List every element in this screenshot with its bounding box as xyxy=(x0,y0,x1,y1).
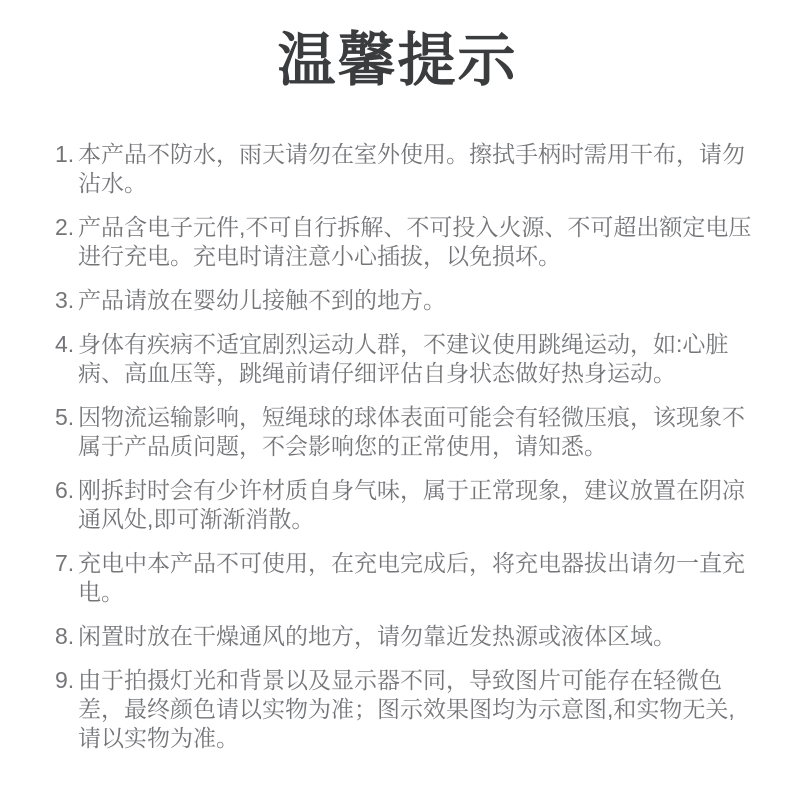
notice-line: 产品含电子元件,不可自行拆解、不可投入火源、不可超出额定电压 xyxy=(78,213,751,242)
notice-item: 2. 产品含电子元件,不可自行拆解、不可投入火源、不可超出额定电压 进行充电。充… xyxy=(55,213,740,271)
notice-line: 沾水。 xyxy=(78,169,745,198)
notice-line: 产品请放在婴幼儿接触不到的地方。 xyxy=(78,286,740,315)
notice-list: 1. 本产品不防水，雨天请勿在室外使用。擦拭手柄时需用干布，请勿 沾水。 2. … xyxy=(55,140,740,753)
notice-line: 充电中本产品不可使用，在充电完成后，将充电器拔出请勿一直充 xyxy=(78,549,745,578)
notice-item: 1. 本产品不防水，雨天请勿在室外使用。擦拭手柄时需用干布，请勿 沾水。 xyxy=(55,140,740,198)
notice-text: 充电中本产品不可使用，在充电完成后，将充电器拔出请勿一直充 电。 xyxy=(78,549,745,607)
notice-line: 身体有疾病不适宜剧烈运动人群，不建议使用跳绳运动，如:心脏 xyxy=(78,330,740,359)
notice-line: 属于产品质问题，不会影响您的正常使用，请知悉。 xyxy=(78,432,745,461)
notice-item: 9. 由于拍摄灯光和背景以及显示器不同，导致图片可能存在轻微色 差，最终颜色请以… xyxy=(55,666,740,753)
notice-item: 8. 闲置时放在干燥通风的地方，请勿靠近发热源或液体区域。 xyxy=(55,622,740,651)
notice-line: 电。 xyxy=(78,578,745,607)
notice-item: 6. 刚拆封时会有少许材质自身气味，属于正常现象，建议放置在阴凉 通风处,即可渐… xyxy=(55,476,740,534)
notice-number: 2. xyxy=(55,213,78,242)
notice-line: 通风处,即可渐渐消散。 xyxy=(78,505,745,534)
notice-number: 6. xyxy=(55,476,78,505)
notice-item: 5. 因物流运输影响，短绳球的球体表面可能会有轻微压痕，该现象不 属于产品质问题… xyxy=(55,403,740,461)
notice-number: 3. xyxy=(55,286,78,315)
notice-item: 3. 产品请放在婴幼儿接触不到的地方。 xyxy=(55,286,740,315)
notice-text: 因物流运输影响，短绳球的球体表面可能会有轻微压痕，该现象不 属于产品质问题，不会… xyxy=(78,403,745,461)
notice-item: 4. 身体有疾病不适宜剧烈运动人群，不建议使用跳绳运动，如:心脏 病、高血压等，… xyxy=(55,330,740,388)
notice-text: 产品含电子元件,不可自行拆解、不可投入火源、不可超出额定电压 进行充电。充电时请… xyxy=(78,213,751,271)
page-title: 温馨提示 xyxy=(55,30,740,92)
notice-number: 9. xyxy=(55,666,78,695)
warm-tips-page: 温馨提示 1. 本产品不防水，雨天请勿在室外使用。擦拭手柄时需用干布，请勿 沾水… xyxy=(0,0,790,788)
notice-line: 病、高血压等，跳绳前请仔细评估自身状态做好热身运动。 xyxy=(78,359,740,388)
notice-line: 由于拍摄灯光和背景以及显示器不同，导致图片可能存在轻微色 xyxy=(78,666,740,695)
notice-text: 由于拍摄灯光和背景以及显示器不同，导致图片可能存在轻微色 差，最终颜色请以实物为… xyxy=(78,666,740,753)
notice-line: 刚拆封时会有少许材质自身气味，属于正常现象，建议放置在阴凉 xyxy=(78,476,745,505)
notice-number: 4. xyxy=(55,330,78,359)
notice-number: 8. xyxy=(55,622,78,651)
notice-line: 请以实物为准。 xyxy=(78,724,740,753)
notice-line: 进行充电。充电时请注意小心插拔，以免损坏。 xyxy=(78,242,751,271)
notice-text: 本产品不防水，雨天请勿在室外使用。擦拭手柄时需用干布，请勿 沾水。 xyxy=(78,140,745,198)
notice-line: 本产品不防水，雨天请勿在室外使用。擦拭手柄时需用干布，请勿 xyxy=(78,140,745,169)
notice-text: 闲置时放在干燥通风的地方，请勿靠近发热源或液体区域。 xyxy=(78,622,740,651)
notice-text: 身体有疾病不适宜剧烈运动人群，不建议使用跳绳运动，如:心脏 病、高血压等，跳绳前… xyxy=(78,330,740,388)
notice-text: 刚拆封时会有少许材质自身气味，属于正常现象，建议放置在阴凉 通风处,即可渐渐消散… xyxy=(78,476,745,534)
notice-text: 产品请放在婴幼儿接触不到的地方。 xyxy=(78,286,740,315)
notice-number: 1. xyxy=(55,140,78,169)
notice-item: 7. 充电中本产品不可使用，在充电完成后，将充电器拔出请勿一直充 电。 xyxy=(55,549,740,607)
notice-line: 闲置时放在干燥通风的地方，请勿靠近发热源或液体区域。 xyxy=(78,622,740,651)
notice-number: 7. xyxy=(55,549,78,578)
notice-line: 因物流运输影响，短绳球的球体表面可能会有轻微压痕，该现象不 xyxy=(78,403,745,432)
notice-number: 5. xyxy=(55,403,78,432)
notice-line: 差，最终颜色请以实物为准；图示效果图均为示意图,和实物无关, xyxy=(78,695,740,724)
